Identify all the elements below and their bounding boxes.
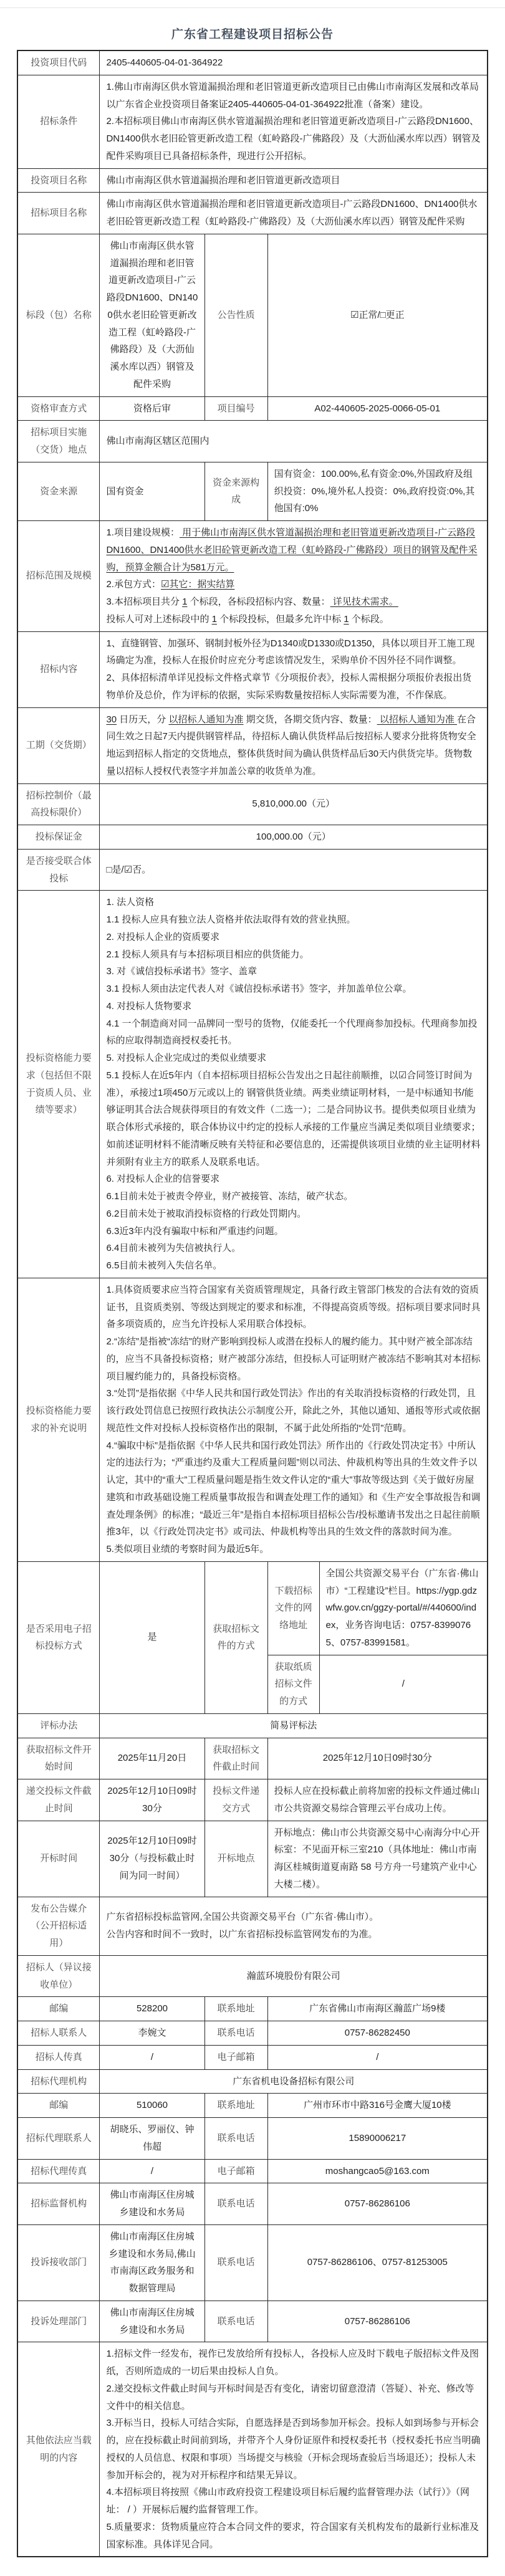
table-row: 获取招标文件开始时间2025年11月20日获取招标文件截止时间2025年12月1… [17, 1738, 488, 1779]
table-row: 招标项目实施（交货）地点佛山市南海区辖区范围内 [17, 421, 488, 462]
qualification-review-method-label: 资格审查方式 [17, 396, 100, 421]
tender-project-name-value: 佛山市南海区供水管道漏损治理和老旧管道更新改造项目-广云路段DN1600、DN1… [100, 193, 488, 234]
fund-source-label: 资金来源 [17, 462, 100, 520]
tenderer-fax-value: / [100, 2045, 204, 2069]
complaint-handling-value: 佛山市南海区住房城乡建设和水务局 [100, 2301, 204, 2342]
delivery-period-label: 工期（交货期） [17, 707, 100, 783]
tender-project-name-label: 招标项目名称 [17, 193, 100, 234]
control-price-label: 招标控制价（最高投标限价） [17, 783, 100, 825]
qualification-supplementary-notes-label: 投标资格能力要求的补充说明 [17, 1278, 100, 1561]
tender-content-label: 招标内容 [17, 631, 100, 707]
bid-opening-place-label: 开标地点 [204, 1821, 267, 1897]
agency-address-label: 联系地址 [204, 2094, 267, 2118]
investment-project-code-label: 投资项目代码 [17, 50, 100, 75]
section-package-name-value: 佛山市南海区供水管道漏损治理和老旧管道更新改造项目-广云路段DN1600、DN1… [100, 234, 204, 396]
bid-submission-method-value: 投标人应在投标截止前将加密的投标文件通过佛山市公共资源交易综合管理云平台成功上传… [267, 1779, 488, 1821]
announcement-nature-label: 公告性质 [204, 234, 267, 396]
announcement-nature-value: ☑正常/□更正 [267, 234, 488, 396]
project-number-value: A02-440605-2025-0066-05-01 [267, 396, 488, 421]
supervision-authority-label: 招标监督机构 [17, 2183, 100, 2225]
tender-conditions-value: 1.佛山市南海区供水管道漏损治理和老旧管道更新改造项目已由佛山市南海区发展和改革… [100, 75, 488, 168]
paper-document-method-value: / [319, 1655, 488, 1713]
tender-scope-scale-label: 招标范围及规模 [17, 521, 100, 632]
tender-announcement-table: 投资项目代码2405-440605-04-01-364922招标条件1.佛山市南… [17, 50, 488, 2557]
table-row: 投诉处理部门佛山市南海区住房城乡建设和水务局联系电话0757-86286106 [17, 2301, 488, 2342]
tenderer-contact-value: 李婉文 [100, 2021, 204, 2046]
announcement-media-value: 广东省招标投标监管网,全国公共资源交易平台（广东省·佛山市）。公告内容和时间不一… [100, 1897, 488, 1955]
table-row: 发布公告媒介（公开招标适用）广东省招标投标监管网,全国公共资源交易平台（广东省·… [17, 1897, 488, 1955]
tenderer-address-label: 联系地址 [204, 1997, 267, 2021]
electronic-bidding-value: 是 [100, 1561, 204, 1713]
tenderer-value: 瀚蓝环境股份有限公司 [100, 1955, 488, 1997]
table-row: 投标资格能力要求（包括但不限于资质人员、业绩等要求）1. 法人资格1.1 投标人… [17, 891, 488, 1278]
tenderer-postcode-value: 528200 [100, 1997, 204, 2021]
table-row: 递交投标文件截止时间2025年12月10日09时30分投标文件递交方式投标人应在… [17, 1779, 488, 1821]
bid-submission-method-label: 投标文件递交方式 [204, 1779, 267, 1821]
table-row: 投标资格能力要求的补充说明1.具体资质要求应当符合国家有关资质管理规定，具备行政… [17, 1278, 488, 1561]
agency-postcode-label: 邮编 [17, 2094, 100, 2118]
tenderer-email-value: / [267, 2045, 488, 2069]
tenderer-label: 招标人（异议接收单位） [17, 1955, 100, 1997]
table-row: 是否接受联合体投标□是/☑否。 [17, 849, 488, 891]
table-row: 投标保证金100,000.00（元） [17, 825, 488, 850]
table-row: 投资项目代码2405-440605-04-01-364922 [17, 50, 488, 75]
doc-acquisition-deadline-label: 获取招标文件截止时间 [204, 1738, 267, 1779]
consortium-bidding-label: 是否接受联合体投标 [17, 849, 100, 891]
section-package-name-label: 标段（包）名称 [17, 234, 100, 396]
announcement-media-label: 发布公告媒介（公开招标适用） [17, 1897, 100, 1955]
consortium-bidding-value: □是/☑否。 [100, 849, 488, 891]
complaint-receiving-phone-value: 0757-86286106、0757-81253005 [267, 2224, 488, 2301]
qualification-review-method-value: 资格后审 [100, 396, 204, 421]
delivery-location-label: 招标项目实施（交货）地点 [17, 421, 100, 462]
table-row: 邮编528200联系地址广东省佛山市南海区瀚蓝广场9楼 [17, 1997, 488, 2021]
agency-email-label: 电子邮箱 [204, 2159, 267, 2183]
agency-postcode-value: 510060 [100, 2094, 204, 2118]
tender-scope-scale-value: 1.项目建设规模： 用于佛山市南海区供水管道漏损治理和老旧管道更新改造项目-广云… [100, 521, 488, 632]
agency-address-value: 广州市环市中路316号金鹰大厦10楼 [267, 2094, 488, 2118]
complaint-receiving-phone-label: 联系电话 [204, 2224, 267, 2301]
table-row: 开标时间2025年12月10日09时30分（与投标截止时间为同一时间）开标地点开… [17, 1821, 488, 1897]
page-top-divider [0, 0, 505, 8]
project-number-label: 项目编号 [204, 396, 267, 421]
bid-submission-deadline-label: 递交投标文件截止时间 [17, 1779, 100, 1821]
agency-value: 广东省机电设备招标有限公司 [100, 2069, 488, 2094]
bid-opening-time-label: 开标时间 [17, 1821, 100, 1897]
complaint-handling-phone-label: 联系电话 [204, 2301, 267, 2342]
table-row: 招标代理联系人胡晓乐、罗丽仪、钟伟超联系电话15890006217 [17, 2118, 488, 2160]
doc-acquisition-start-label: 获取招标文件开始时间 [17, 1738, 100, 1779]
investment-project-code-value: 2405-440605-04-01-364922 [100, 50, 488, 75]
agency-fax-value: / [100, 2159, 204, 2183]
agency-fax-label: 招标代理传真 [17, 2159, 100, 2183]
table-row: 招标条件1.佛山市南海区供水管道漏损治理和老旧管道更新改造项目已由佛山市南海区发… [17, 75, 488, 168]
doc-acquisition-method-label: 获取招标文件的方式 [204, 1561, 267, 1713]
tenderer-postcode-label: 邮编 [17, 1997, 100, 2021]
tender-conditions-label: 招标条件 [17, 75, 100, 168]
supervision-authority-value: 佛山市南海区住房城乡建设和水务局 [100, 2183, 204, 2225]
table-row: 招标人传真/电子邮箱/ [17, 2045, 488, 2069]
bid-bond-label: 投标保证金 [17, 825, 100, 850]
bid-bond-value: 100,000.00（元） [100, 825, 488, 850]
complaint-receiving-value: 佛山市南海区住房城乡建设和水务局,佛山市南海区政务服务和数据管理局 [100, 2224, 204, 2301]
agency-phone-label: 联系电话 [204, 2118, 267, 2160]
fund-source-composition-label: 资金来源构成 [204, 462, 267, 520]
delivery-period-value: 30 日历天，分 以招标人通知为准 期交货，各期交货内容、数量： 以招标人通知为… [100, 707, 488, 783]
fund-source-value: 国有资金 [100, 462, 204, 520]
delivery-location-value: 佛山市南海区辖区范围内 [100, 421, 488, 462]
table-row: 评标办法简易评标法 [17, 1713, 488, 1738]
investment-project-name-value: 佛山市南海区供水管道漏损治理和老旧管道更新改造项目 [100, 168, 488, 193]
table-row: 招标人（异议接收单位）瀚蓝环境股份有限公司 [17, 1955, 488, 1997]
table-row: 邮编510060联系地址广州市环市中路316号金鹰大厦10楼 [17, 2094, 488, 2118]
paper-document-method-label: 获取纸质招标文件的方式 [267, 1655, 319, 1713]
download-url-value: 全国公共资源交易平台（广东省·佛山市）“工程建设”栏目。https://ygp.… [319, 1561, 488, 1655]
agency-label: 招标代理机构 [17, 2069, 100, 2094]
download-url-label: 下载招标文件的网络地址 [267, 1561, 319, 1655]
tenderer-email-label: 电子邮箱 [204, 2045, 267, 2069]
tender-content-value: 1、直缝钢管、加强环、钢制封板外径为D1340或D1330或D1350，具体以项… [100, 631, 488, 707]
bid-opening-time-value: 2025年12月10日09时30分（与投标截止时间为同一时间） [100, 1821, 204, 1897]
evaluation-method-value: 简易评标法 [100, 1713, 488, 1738]
bidder-qualification-requirements-label: 投标资格能力要求（包括但不限于资质人员、业绩等要求） [17, 891, 100, 1278]
agency-contact-label: 招标代理联系人 [17, 2118, 100, 2160]
agency-contact-value: 胡晓乐、罗丽仪、钟伟超 [100, 2118, 204, 2160]
table-row: 招标内容1、直缝钢管、加强环、钢制封板外径为D1340或D1330或D1350，… [17, 631, 488, 707]
complaint-receiving-label: 投诉接收部门 [17, 2224, 100, 2301]
table-row: 标段（包）名称佛山市南海区供水管道漏损治理和老旧管道更新改造项目-广云路段DN1… [17, 234, 488, 396]
doc-acquisition-start-value: 2025年11月20日 [100, 1738, 204, 1779]
bidder-qualification-requirements-value: 1. 法人资格1.1 投标人应具有独立法人资格并依法取得有效的营业执照。2. 对… [100, 891, 488, 1278]
tenderer-contact-label: 招标人联系人 [17, 2021, 100, 2046]
table-row: 工期（交货期）30 日历天，分 以招标人通知为准 期交货，各期交货内容、数量： … [17, 707, 488, 783]
page-title: 广东省工程建设项目招标公告 [0, 25, 505, 42]
tenderer-address-value: 广东省佛山市南海区瀚蓝广场9楼 [267, 1997, 488, 2021]
table-row: 招标范围及规模1.项目建设规模： 用于佛山市南海区供水管道漏损治理和老旧管道更新… [17, 521, 488, 632]
other-contents-label: 其他依法应当载明的内容 [17, 2342, 100, 2557]
supervision-phone-value: 0757-86286106 [267, 2183, 488, 2225]
table-row: 招标监督机构佛山市南海区住房城乡建设和水务局联系电话0757-86286106 [17, 2183, 488, 2225]
table-row: 资格审查方式资格后审项目编号A02-440605-2025-0066-05-01 [17, 396, 488, 421]
table-row: 招标代理传真/电子邮箱moshangcao5@163.com [17, 2159, 488, 2183]
fund-source-composition-value: 国有资金：100.00%,私有资金:0%,外国政府及组织投资：0%,境外私人投资… [267, 462, 488, 520]
supervision-phone-label: 联系电话 [204, 2183, 267, 2225]
bid-submission-deadline-value: 2025年12月10日09时30分 [100, 1779, 204, 1821]
other-contents-value: 1.招标文件一经发布，视作已发放给所有投标人，各投标人应及时下载电子版招标文件及… [100, 2342, 488, 2557]
tenderer-phone-label: 联系电话 [204, 2021, 267, 2046]
qualification-supplementary-notes-value: 1.具体资质要求应当符合国家有关资质管理规定，具备行政主管部门核发的合法有效的资… [100, 1278, 488, 1561]
agency-phone-value: 15890006217 [267, 2118, 488, 2160]
doc-acquisition-deadline-value: 2025年12月10日09时30分 [267, 1738, 488, 1779]
table-row: 招标控制价（最高投标限价）5,810,000.00（元） [17, 783, 488, 825]
table-row: 是否采用电子招标投标方式是获取招标文件的方式下载招标文件的网络地址全国公共资源交… [17, 1561, 488, 1655]
table-row: 其他依法应当载明的内容1.招标文件一经发布，视作已发放给所有投标人，各投标人应及… [17, 2342, 488, 2557]
complaint-handling-phone-value: 0757-86286106 [267, 2301, 488, 2342]
table-row: 招标项目名称佛山市南海区供水管道漏损治理和老旧管道更新改造项目-广云路段DN16… [17, 193, 488, 234]
table-row: 投诉接收部门佛山市南海区住房城乡建设和水务局,佛山市南海区政务服务和数据管理局联… [17, 2224, 488, 2301]
bid-opening-place-value: 开标地点：佛山市公共资源交易中心南海分中心开标室：不见面开标三室210（具体地址… [267, 1821, 488, 1897]
table-row: 招标代理机构广东省机电设备招标有限公司 [17, 2069, 488, 2094]
complaint-handling-label: 投诉处理部门 [17, 2301, 100, 2342]
investment-project-name-label: 投资项目名称 [17, 168, 100, 193]
agency-email-value: moshangcao5@163.com [267, 2159, 488, 2183]
control-price-value: 5,810,000.00（元） [100, 783, 488, 825]
table-row: 资金来源国有资金资金来源构成国有资金：100.00%,私有资金:0%,外国政府及… [17, 462, 488, 520]
evaluation-method-label: 评标办法 [17, 1713, 100, 1738]
table-row: 招标人联系人李婉文联系电话0757-86282450 [17, 2021, 488, 2046]
tenderer-phone-value: 0757-86282450 [267, 2021, 488, 2046]
tenderer-fax-label: 招标人传真 [17, 2045, 100, 2069]
table-row: 投资项目名称佛山市南海区供水管道漏损治理和老旧管道更新改造项目 [17, 168, 488, 193]
electronic-bidding-label: 是否采用电子招标投标方式 [17, 1561, 100, 1713]
